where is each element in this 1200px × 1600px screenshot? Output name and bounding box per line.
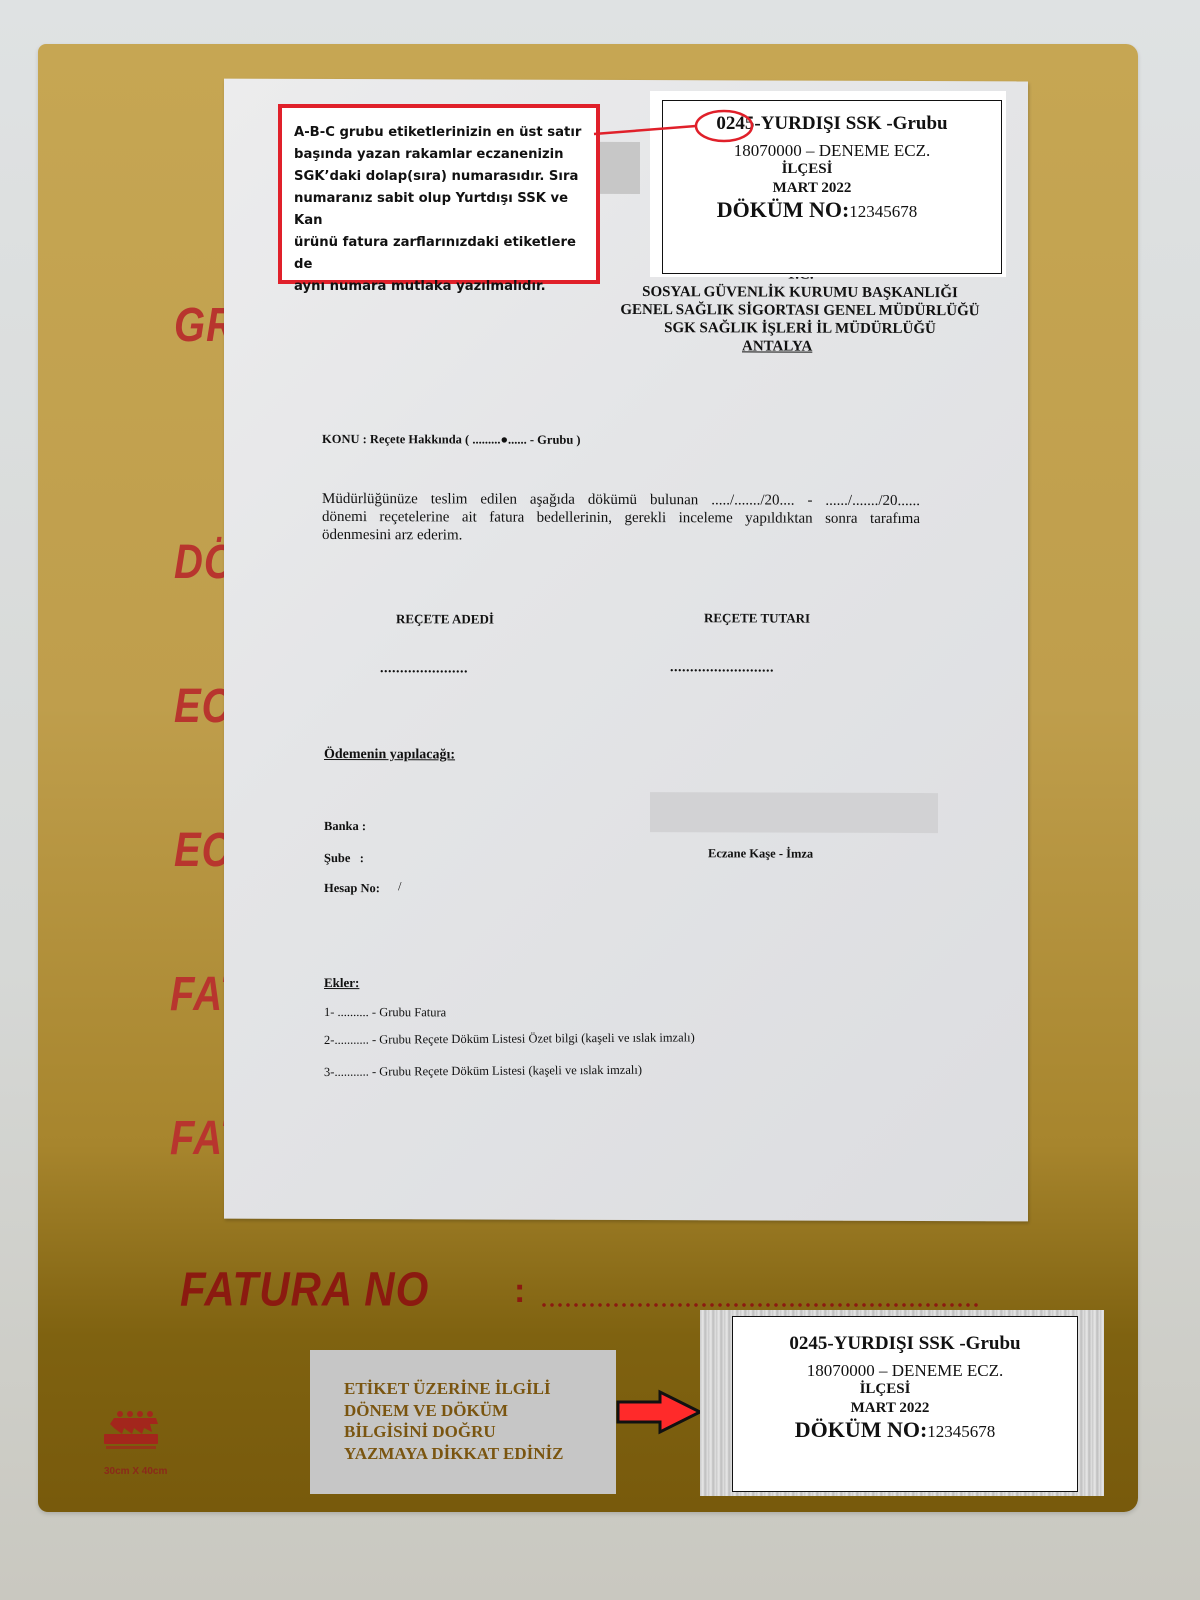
label-period: MART 2022 xyxy=(703,1400,1077,1417)
doc-city: ANTALYA xyxy=(742,338,812,355)
label-period: MART 2022 xyxy=(623,180,1001,197)
fatura-no-dotted-line xyxy=(540,1302,980,1308)
instruction-note: A-B-C grubu etiketlerinizin en üst satır… xyxy=(278,104,600,284)
branch-label: Şube : xyxy=(324,851,364,866)
col-left-dots: ...................... xyxy=(380,661,468,677)
col-right-dots: .......................... xyxy=(670,660,774,676)
label-dokum-value: 12345678 xyxy=(927,1422,995,1441)
doc-body-line: Müdürlüğünüze teslim edilen aşağıda dökü… xyxy=(322,491,920,510)
label-group-line: 0245-YURDIŞI SSK -Grubu xyxy=(663,113,1001,135)
label-district: İLÇESİ xyxy=(693,1381,1077,1398)
bank-label: Banka : xyxy=(324,819,366,834)
account-label: Hesap No: xyxy=(324,881,380,896)
envelope-label-top: 0245-YURDIŞI SSK -Grubu 18070000 – DENEM… xyxy=(662,100,1002,274)
envelope-label-bottom: 0245-YURDIŞI SSK -Grubu 18070000 – DENEM… xyxy=(732,1316,1078,1492)
attachment-item: 2-........... - Grubu Reçete Döküm Liste… xyxy=(324,1030,695,1048)
note-line: ürünü fatura zarflarınızdaki etiketlere … xyxy=(294,232,584,276)
runners-logo-icon xyxy=(100,1410,162,1452)
note-line: aynı numara mutlaka yazılmalıdır. xyxy=(294,276,584,298)
attachments-heading: Ekler: xyxy=(324,975,359,991)
warning-box: ETİKET ÜZERİNE İLGİLİ DÖNEM VE DÖKÜM BİL… xyxy=(310,1350,616,1494)
note-line: başında yazan rakamlar eczanenizin xyxy=(294,144,584,166)
warning-line: YAZMAYA DİKKAT EDİNİZ xyxy=(344,1443,606,1465)
warning-line: BİLGİSİNİ DOĞRU xyxy=(344,1421,606,1443)
stamp-label: Eczane Kaşe - İmza xyxy=(708,846,813,861)
attachment-item: 3-........... - Grubu Reçete Döküm Liste… xyxy=(324,1063,642,1080)
doc-body-line: ödenmesini arz ederim. xyxy=(322,527,462,544)
account-value: / xyxy=(398,879,401,894)
payment-heading: Ödemenin yapılacağı: xyxy=(324,747,455,763)
label-dokum-label: DÖKÜM NO: xyxy=(795,1417,928,1442)
envelope-side-label: EC xyxy=(174,824,232,878)
label-group-line: 0245-YURDIŞI SSK -Grubu xyxy=(733,1333,1077,1355)
note-line: SGK’daki dolap(sıra) numarasıdır. Sıra xyxy=(294,166,584,188)
doc-body-line: dönemi reçetelerine ait fatura bedelleri… xyxy=(322,509,920,528)
label-pharmacy-line: 18070000 – DENEME ECZ. xyxy=(733,1361,1077,1381)
note-line: numaranız sabit olup Yurtdışı SSK ve Kan xyxy=(294,188,584,232)
fatura-no-label: FATURA NO xyxy=(180,1262,429,1317)
note-line: A-B-C grubu etiketlerinizin en üst satır xyxy=(294,122,584,144)
label-dokum-value: 12345678 xyxy=(849,202,917,221)
label-district: İLÇESİ xyxy=(613,161,1001,178)
attachment-item: 1- .......... - Grubu Fatura xyxy=(324,1005,446,1020)
doc-header-line: SGK SAĞLIK İŞLERİ İL MÜDÜRLÜĞÜ xyxy=(398,319,1200,339)
label-dokum-label: DÖKÜM NO: xyxy=(717,197,850,222)
col-left-title: REÇETE ADEDİ xyxy=(396,611,494,627)
col-right-title: REÇETE TUTARI xyxy=(704,610,810,626)
warning-line: DÖNEM VE DÖKÜM xyxy=(344,1400,606,1422)
redacted-area xyxy=(650,792,938,833)
envelope-size-text: 30cm X 40cm xyxy=(104,1466,167,1477)
doc-subject: KONU : Reçete Hakkında ( .........●.....… xyxy=(322,432,581,448)
warning-line: ETİKET ÜZERİNE İLGİLİ xyxy=(344,1378,606,1400)
fatura-no-colon: : xyxy=(514,1272,525,1311)
label-pharmacy-line: 18070000 – DENEME ECZ. xyxy=(663,141,1001,161)
doc-header-line: GENEL SAĞLIK SİGORTASI GENEL MÜDÜRLÜĞÜ xyxy=(398,301,1200,321)
envelope-side-label: EC xyxy=(174,680,232,734)
